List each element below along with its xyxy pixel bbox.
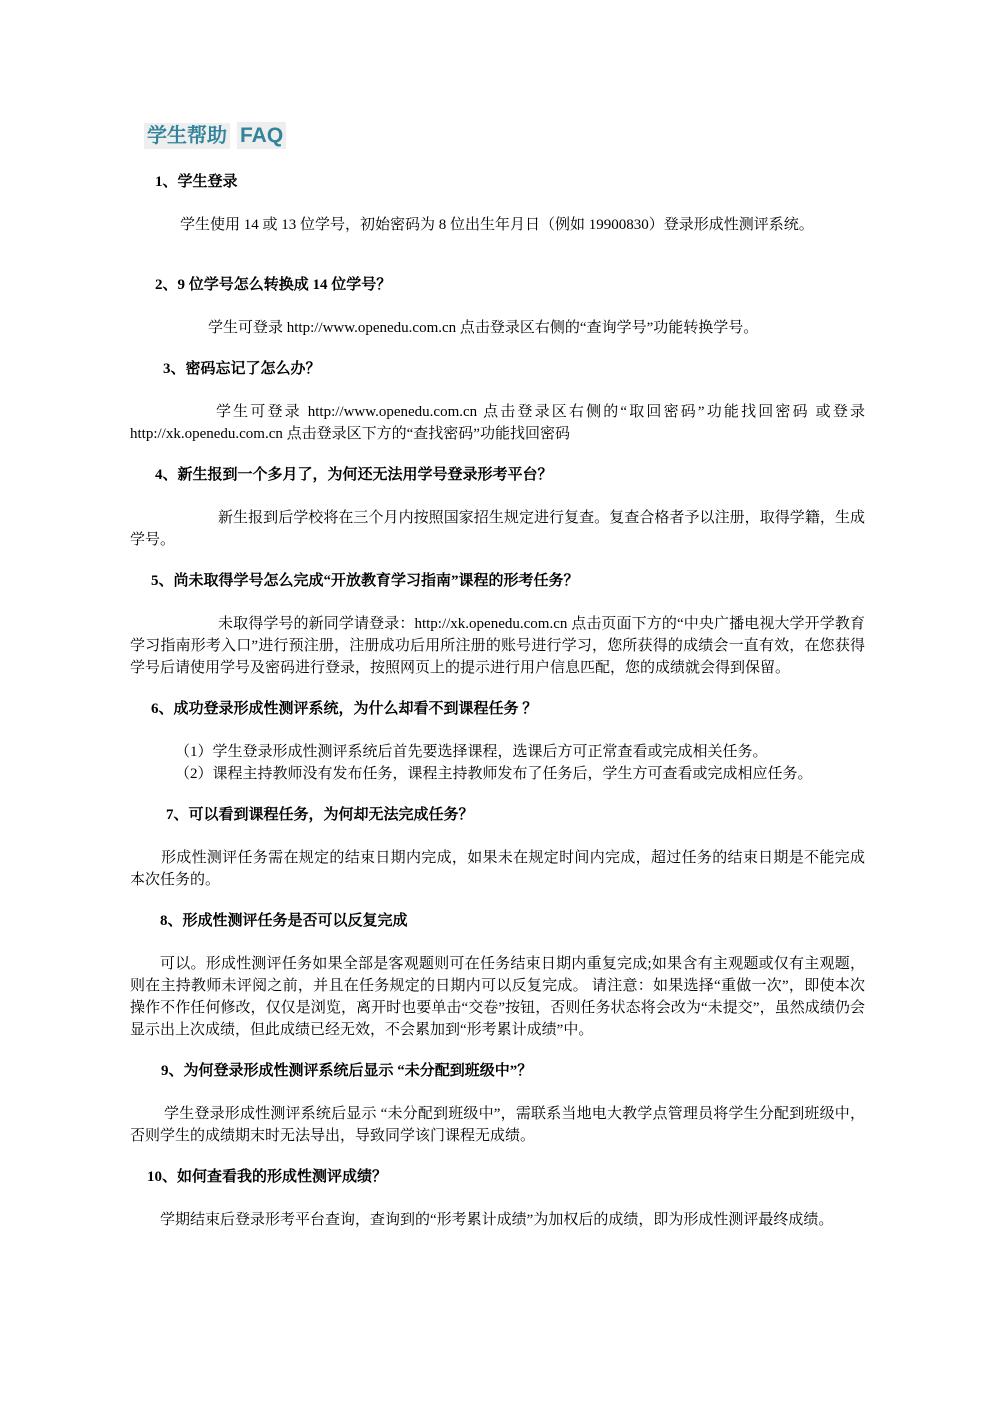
faq-question-8: 8、形成性测评任务是否可以反复完成 (130, 910, 865, 933)
faq-answer-1: 学生使用 14 或 13 位学号，初始密码为 8 位出生年月日（例如 19900… (130, 214, 865, 236)
faq-item-8: 8、形成性测评任务是否可以反复完成 可以。形成性测评任务如果全部是客观题则可在任… (130, 910, 865, 1041)
faq-item-9: 9、为何登录形成性测评系统后显示 “未分配到班级中”？ 学生登录形成性测评系统后… (130, 1060, 865, 1147)
faq-answer-9: 学生登录形成性测评系统后显示 “未分配到班级中”，需联系当地电大教学点管理员将学… (130, 1103, 865, 1147)
faq-answer-10: 学期结束后登录形考平台查询，查询到的“形考累计成绩”为加权后的成绩，即为形成性测… (130, 1209, 865, 1231)
faq-item-10: 10、如何查看我的形成性测评成绩？ 学期结束后登录形考平台查询，查询到的“形考累… (130, 1166, 865, 1231)
faq-item-3: 3、密码忘记了怎么办？ 学生可登录 http://www.openedu.com… (130, 358, 865, 445)
faq-answer-7: 形成性测评任务需在规定的结束日期内完成，如果未在规定时间内完成，超过任务的结束日… (130, 847, 865, 891)
faq-item-4: 4、新生报到一个多月了，为何还无法用学号登录形考平台？ 新生报到后学校将在三个月… (130, 464, 865, 551)
faq-item-7: 7、可以看到课程任务，为何却无法完成任务？ 形成性测评任务需在规定的结束日期内完… (130, 804, 865, 891)
faq-item-6: 6、成功登录形成性测评系统，为什么却看不到课程任务 ？ （1）学生登录形成性测评… (130, 698, 865, 785)
faq-question-2: 2、9 位学号怎么转换成 14 位学号？ (130, 274, 865, 297)
faq-question-4: 4、新生报到一个多月了，为何还无法用学号登录形考平台？ (130, 464, 865, 487)
page-title: 学生帮助 FAQ (144, 123, 865, 149)
faq-question-3: 3、密码忘记了怎么办？ (130, 358, 865, 381)
page-title-en: FAQ (237, 122, 286, 149)
faq-question-10: 10、如何查看我的形成性测评成绩？ (130, 1166, 865, 1189)
faq-answer-6-line-1: （1）学生登录形成性测评系统后首先要选择课程，选课后方可正常查看或完成相关任务。 (130, 741, 865, 763)
faq-item-1: 1、学生登录 学生使用 14 或 13 位学号，初始密码为 8 位出生年月日（例… (130, 171, 865, 236)
faq-answer-6-line-2: （2）课程主持教师没有发布任务，课程主持教师发布了任务后，学生方可查看或完成相应… (130, 763, 865, 785)
faq-question-1: 1、学生登录 (130, 171, 865, 194)
faq-question-5: 5、尚未取得学号怎么完成“开放教育学习指南”课程的形考任务？ (130, 570, 865, 593)
faq-answer-8: 可以。形成性测评任务如果全部是客观题则可在任务结束日期内重复完成;如果含有主观题… (130, 953, 865, 1041)
page-title-zh: 学生帮助 (144, 123, 230, 149)
faq-answer-2: 学生可登录 http://www.openedu.com.cn 点击登录区右侧的… (130, 317, 865, 339)
faq-answer-4: 新生报到后学校将在三个月内按照国家招生规定进行复查。复查合格者予以注册，取得学籍… (130, 507, 865, 551)
faq-item-2: 2、9 位学号怎么转换成 14 位学号？ 学生可登录 http://www.op… (130, 274, 865, 339)
document-page: 学生帮助 FAQ 1、学生登录 学生使用 14 或 13 位学号，初始密码为 8… (0, 0, 993, 1404)
faq-answer-5: 未取得学号的新同学请登录：http://xk.openedu.com.cn 点击… (130, 613, 865, 679)
faq-item-5: 5、尚未取得学号怎么完成“开放教育学习指南”课程的形考任务？ 未取得学号的新同学… (130, 570, 865, 679)
faq-question-6: 6、成功登录形成性测评系统，为什么却看不到课程任务 ？ (130, 698, 865, 721)
faq-question-7: 7、可以看到课程任务，为何却无法完成任务？ (130, 804, 865, 827)
faq-answer-3: 学生可登录 http://www.openedu.com.cn 点击登录区右侧的… (130, 401, 865, 445)
faq-question-9: 9、为何登录形成性测评系统后显示 “未分配到班级中”？ (130, 1060, 865, 1083)
